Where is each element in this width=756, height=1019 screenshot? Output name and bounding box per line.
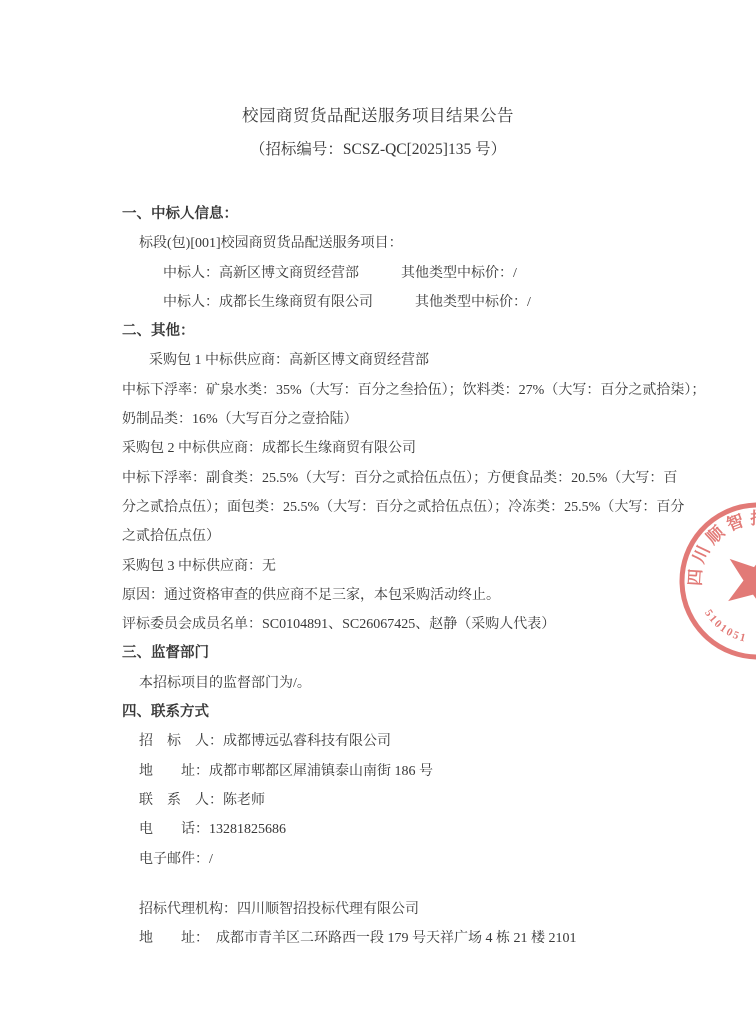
- doc-line: 联 系 人：陈老师: [122, 786, 682, 815]
- doc-line: 分之贰拾点伍）；面包类：25.5%（大写：百分之贰拾伍点伍）；冷冻类：25.5%…: [122, 493, 682, 522]
- doc-line: 地 址： 成都市青羊区二环路西一段 179 号天祥广场 4 栋 21 楼 210…: [122, 924, 682, 953]
- document-body: 一、中标人信息：标段(包)[001]校园商贸货品配送服务项目：中标人：高新区博文…: [122, 200, 682, 953]
- doc-line: 采购包 1 中标供应商：高新区博文商贸经营部: [122, 346, 682, 375]
- doc-line: 中标人：成都长生缘商贸有限公司 其他类型中标价：/: [122, 288, 682, 317]
- doc-line: 采购包 2 中标供应商：成都长生缘商贸有限公司: [122, 434, 682, 463]
- doc-line: 地 址：成都市郫都区犀浦镇泰山南街 186 号: [122, 757, 682, 786]
- doc-line: 评标委员会成员名单：SC0104891、SC26067425、赵静（采购人代表）: [122, 610, 682, 639]
- doc-line: 二、其他：: [122, 317, 682, 346]
- doc-line: 原因：通过资格审查的供应商不足三家，本包采购活动终止。: [122, 581, 682, 610]
- doc-line: 之贰拾伍点伍）: [122, 522, 682, 551]
- doc-line: 中标下浮率：矿泉水类：35%（大写：百分之叁拾伍）；饮料类：27%（大写：百分之…: [122, 376, 682, 405]
- seal-serial-text: 5101051: [697, 605, 754, 645]
- doc-line: 标段(包)[001]校园商贸货品配送服务项目：: [122, 229, 682, 258]
- doc-line: 电 话：13281825686: [122, 815, 682, 844]
- doc-line: 一、中标人信息：: [122, 200, 682, 229]
- doc-line: 招 标 人：成都博远弘睿科技有限公司: [122, 727, 682, 756]
- doc-line: 电子邮件：/: [122, 845, 682, 874]
- document-title: 校园商贸货品配送服务项目结果公告: [0, 102, 756, 126]
- doc-line: 中标人：高新区博文商贸经营部 其他类型中标价：/: [122, 259, 682, 288]
- document-page: 校园商贸货品配送服务项目结果公告 （招标编号：SCSZ-QC[2025]135 …: [0, 0, 756, 1019]
- star-icon: [716, 535, 756, 620]
- doc-line: 中标下浮率：副食类：25.5%（大写：百分之贰拾伍点伍）；方便食品类：20.5%…: [122, 464, 682, 493]
- doc-line: 三、监督部门: [122, 639, 682, 668]
- doc-line: 四、联系方式: [122, 698, 682, 727]
- document-subtitle: （招标编号：SCSZ-QC[2025]135 号）: [0, 137, 756, 159]
- doc-line: 招标代理机构：四川顺智招投标代理有限公司: [122, 895, 682, 924]
- doc-line: 奶制品类：16%（大写百分之壹拾陆）: [122, 405, 682, 434]
- doc-line: 采购包 3 中标供应商：无: [122, 552, 682, 581]
- doc-line: 本招标项目的监督部门为/。: [122, 669, 682, 698]
